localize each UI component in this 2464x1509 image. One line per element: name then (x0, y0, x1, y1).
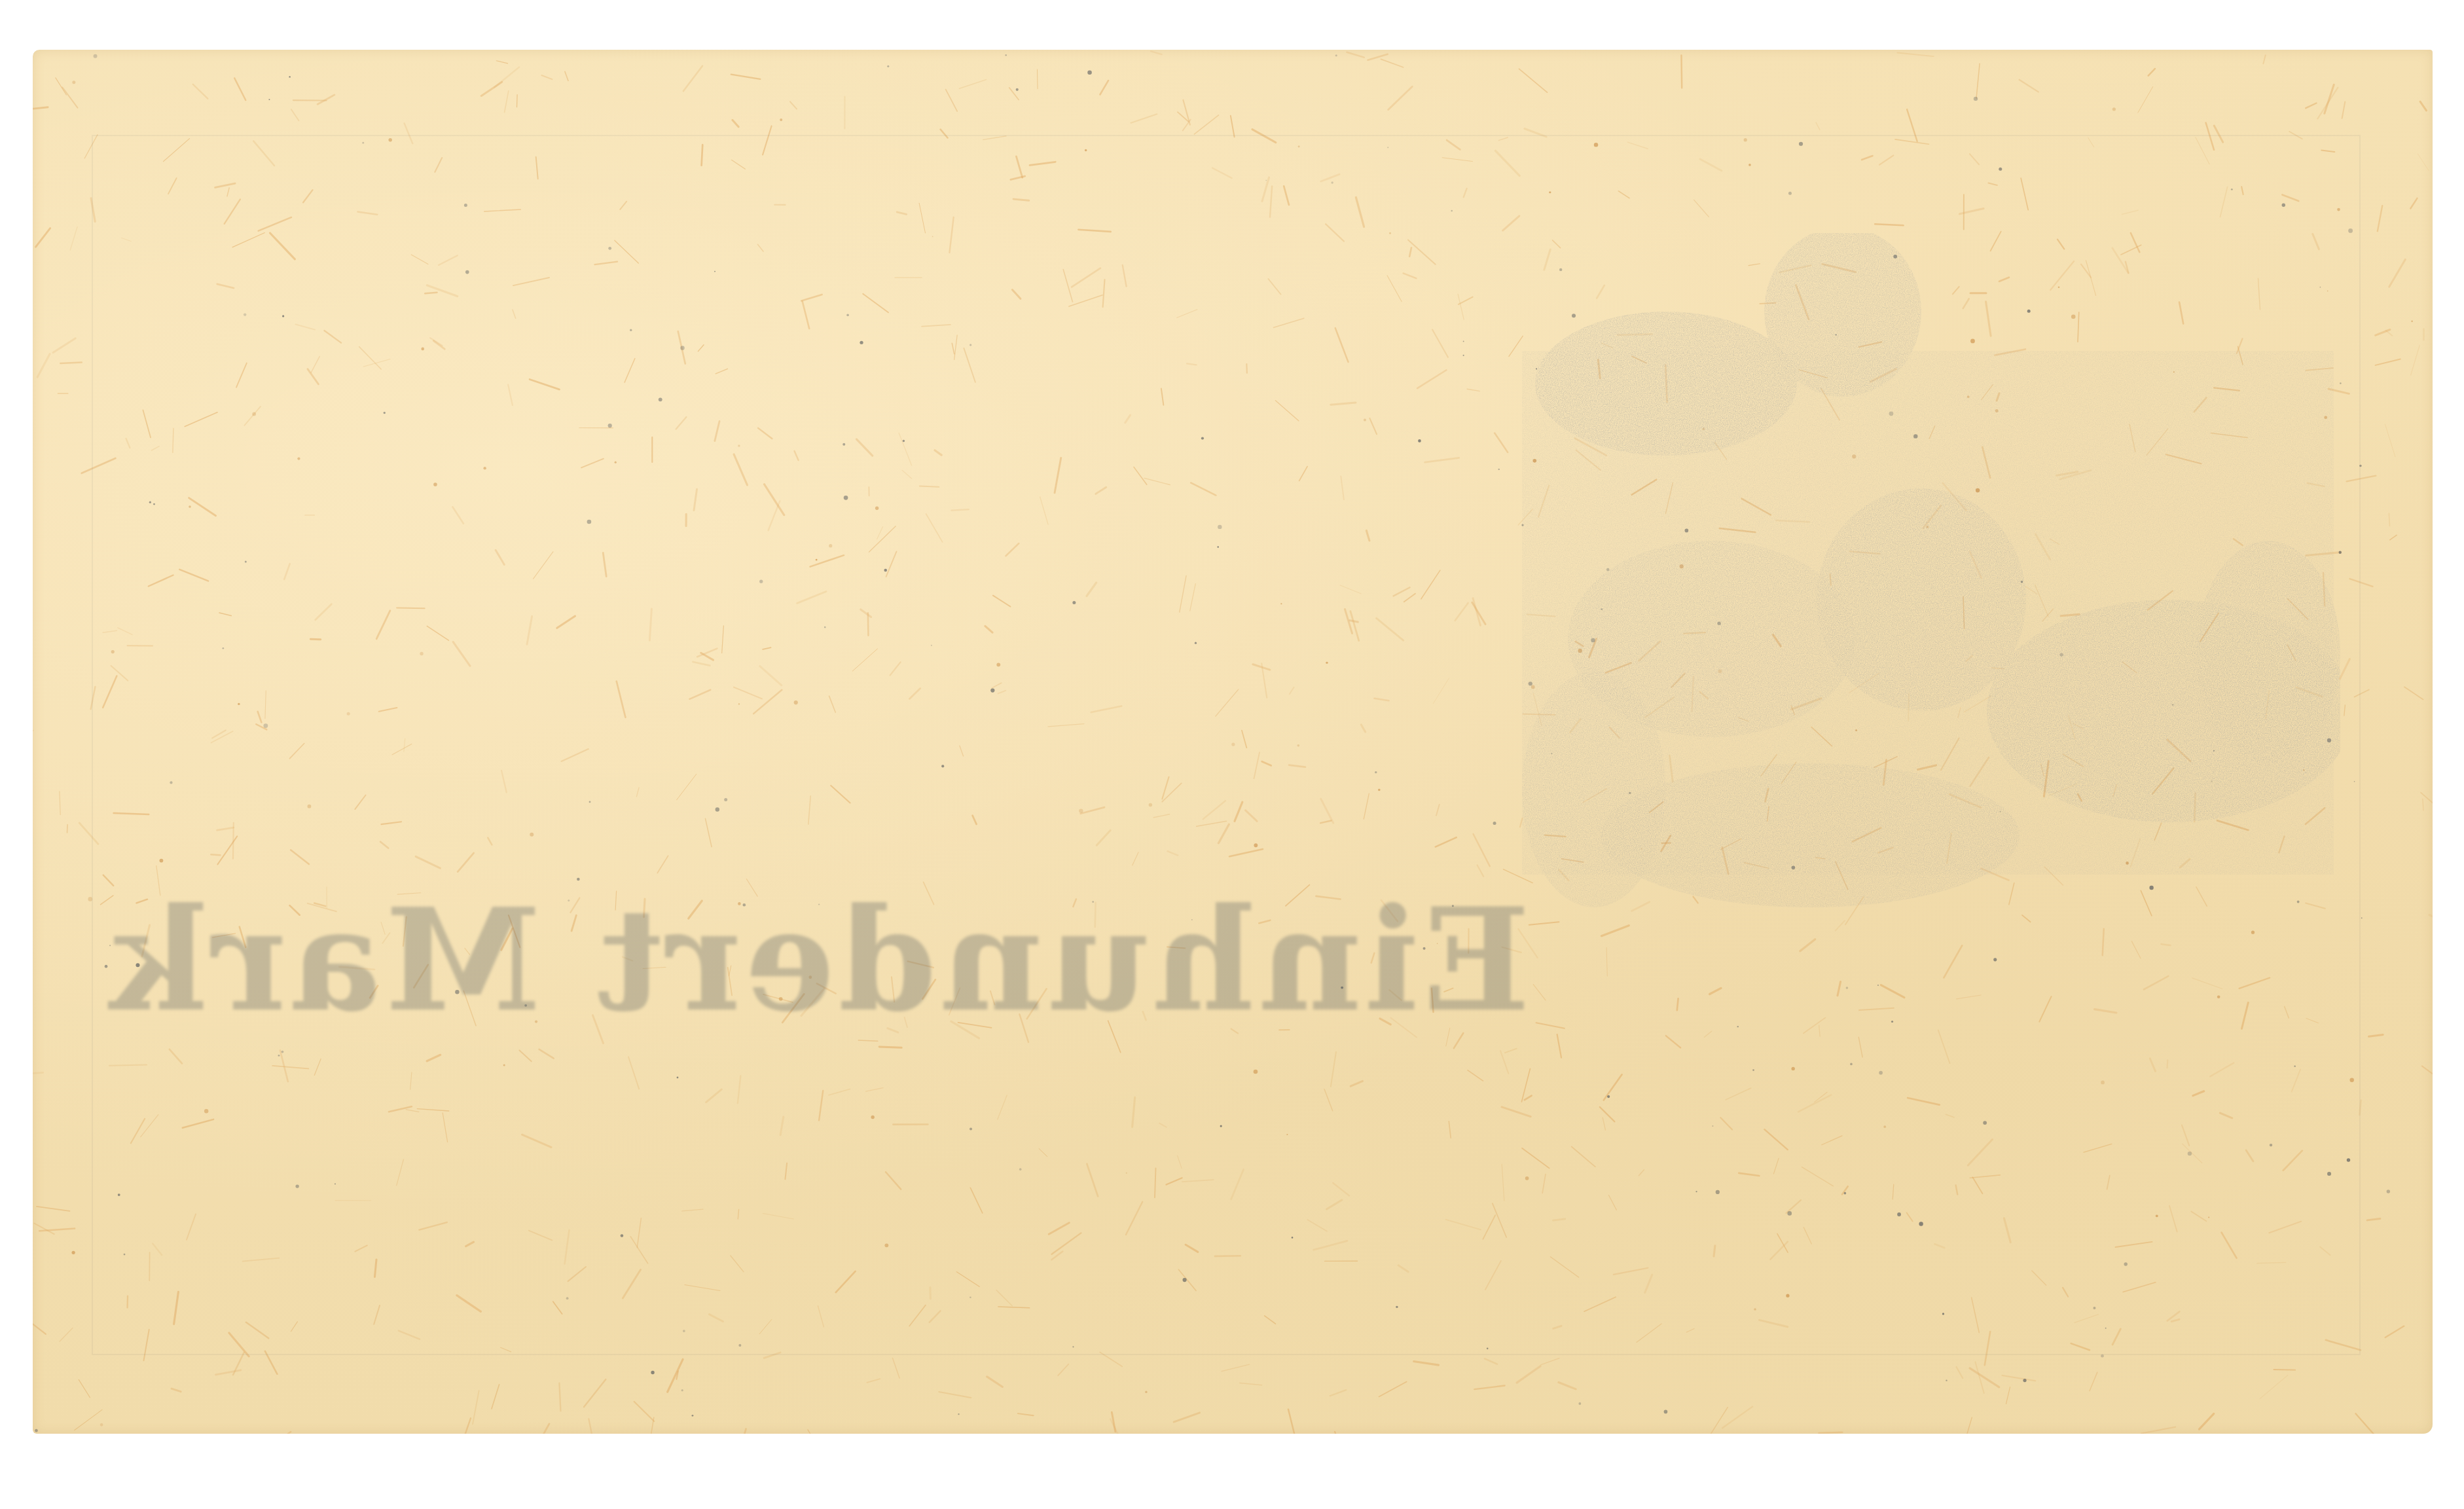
bleed-through-stamp (1515, 233, 2340, 979)
bleed-through-mirrored-text: Einhundert Mark (242, 862, 1394, 1058)
paper-note: Einhundert Mark (33, 50, 2433, 1434)
